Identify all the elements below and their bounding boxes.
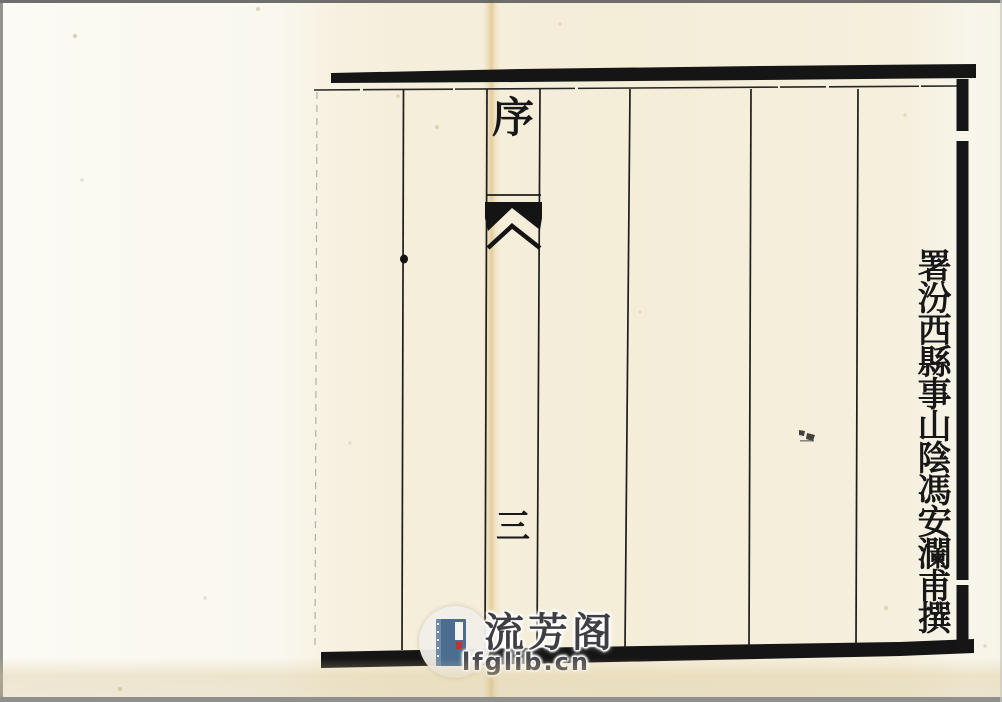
section-title: 序: [486, 95, 540, 141]
ink-dot: [400, 255, 408, 264]
top-border-bar: [331, 64, 976, 83]
column-rules: [402, 89, 858, 650]
ink-smudge: [799, 430, 815, 442]
scan-edge-top: [0, 0, 1002, 3]
top-rule: [314, 86, 959, 90]
left-edge-line: [315, 92, 317, 650]
scanned-book-page: 序 三 署汾西縣事山陰馮安瀾甫撰 流芳阁 lfglib.cn: [0, 0, 1002, 702]
paper-shadow-band: [0, 658, 1002, 697]
author-attribution-column: 署汾西縣事山陰馮安瀾甫撰: [911, 248, 950, 648]
right-border-bar: [957, 79, 969, 650]
scan-edge-bottom: [0, 697, 1002, 702]
fishtail-mark: [485, 195, 542, 248]
page-number: 三: [486, 509, 540, 546]
scan-edge-left: [0, 0, 3, 702]
